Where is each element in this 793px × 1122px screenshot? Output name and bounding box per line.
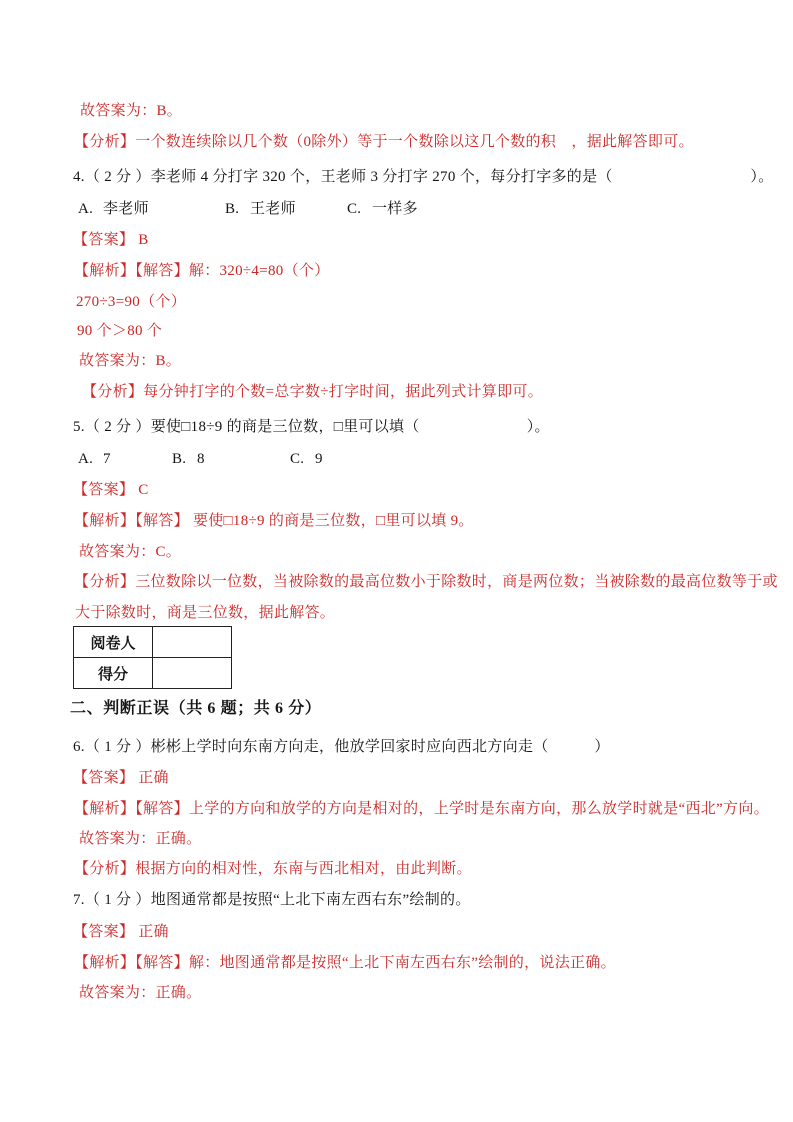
q5-analysis-line-2: 大于除数时，商是三位数，据此解答。 (75, 602, 335, 624)
q5-option-c-label: C. (290, 448, 315, 470)
q5-option-b-label: B. (172, 448, 197, 470)
q5-answer-line: 【答案】 C (73, 479, 149, 501)
q4-analysis-line: 【分析】每分钟打字的个数=总字数÷打字时间，据此列式计算即可。 (82, 381, 543, 403)
q4-option-c-text: 一样多 (372, 201, 418, 217)
q4-conclusion-line: 故答案为：B。 (79, 350, 181, 372)
q3-conclusion-line: 故答案为：B。 (80, 100, 182, 122)
q5-option-a-text: 7 (103, 451, 111, 467)
q5-option-a-label: A. (78, 448, 103, 470)
q4-solution-line-1: 【解析】【解答】解：320÷4=80（个） (74, 260, 330, 282)
q5-options: A.7B.8C.9 (78, 448, 323, 470)
score-label-cell: 得分 (74, 658, 153, 689)
q4-options: A.李老师B.王老师C.一样多 (78, 198, 418, 220)
q4-option-c: C.一样多 (347, 198, 418, 220)
q4-option-b-text: 王老师 (250, 201, 296, 217)
q7-answer-line: 【答案】 正确 (73, 921, 169, 943)
q4-stem: 4.（ 2 分 ）李老师 4 分打字 320 个，王老师 3 分打字 270 个… (73, 166, 774, 188)
q5-option-b-text: 8 (197, 451, 205, 467)
q5-solution-line-1: 【解析】【解答】 要使□18÷9 的商是三位数，□里可以填 9。 (74, 510, 474, 532)
grader-value-cell (153, 627, 232, 658)
q4-option-a: A.李老师 (78, 198, 225, 220)
q5-option-c: C.9 (290, 448, 323, 470)
q6-analysis-line: 【分析】根据方向的相对性，东南与西北相对，由此判断。 (74, 858, 472, 880)
q6-conclusion-line: 故答案为：正确。 (79, 828, 201, 850)
q7-conclusion-line: 故答案为：正确。 (79, 982, 201, 1004)
q7-stem: 7.（ 1 分 ）地图通常都是按照“上北下南左西右东”绘制的。 (73, 889, 471, 911)
grader-label-cell: 阅卷人 (74, 627, 153, 658)
section-2-title: 二、判断正误（共 6 题；共 6 分） (70, 698, 321, 720)
q7-solution-line-1: 【解析】【解答】解：地图通常都是按照“上北下南左西右东”绘制的，说法正确。 (74, 952, 616, 974)
table-row: 阅卷人 (74, 627, 232, 658)
q4-solution-line-3: 90 个＞80 个 (77, 320, 162, 342)
q6-stem: 6.（ 1 分 ）彬彬上学时向东南方向走，他放学回家时应向西北方向走（ ） (73, 736, 610, 758)
q4-option-c-label: C. (347, 198, 372, 220)
q4-option-a-label: A. (78, 198, 103, 220)
q3-analysis-line: 【分析】一个数连续除以几个数（0除外）等于一个数除以这几个数的积 ，据此解答即可… (74, 131, 694, 153)
table-row: 得分 (74, 658, 232, 689)
q5-conclusion-line: 故答案为：C。 (79, 541, 181, 563)
q5-option-a: A.7 (78, 448, 172, 470)
q5-option-b: B.8 (172, 448, 290, 470)
score-value-cell (153, 658, 232, 689)
q4-solution-line-2: 270÷3=90（个） (76, 291, 186, 313)
q4-option-b-label: B. (225, 198, 250, 220)
q4-answer-line: 【答案】 B (73, 229, 149, 251)
q5-stem: 5.（ 2 分 ）要使□18÷9 的商是三位数，□里可以填（ ）。 (73, 416, 550, 438)
q4-option-b: B.王老师 (225, 198, 347, 220)
q4-option-a-text: 李老师 (103, 201, 149, 217)
q5-option-c-text: 9 (315, 451, 323, 467)
q6-solution-line-1: 【解析】【解答】上学的方向和放学的方向是相对的，上学时是东南方向，那么放学时就是… (74, 798, 769, 820)
grader-score-table: 阅卷人 得分 (73, 626, 232, 689)
q5-analysis-line-1: 【分析】三位数除以一位数，当被除数的最高位数小于除数时，商是两位数；当被除数的最… (74, 571, 778, 593)
q6-answer-line: 【答案】 正确 (73, 767, 169, 789)
document-page: 故答案为：B。 【分析】一个数连续除以几个数（0除外）等于一个数除以这几个数的积… (0, 0, 793, 1122)
